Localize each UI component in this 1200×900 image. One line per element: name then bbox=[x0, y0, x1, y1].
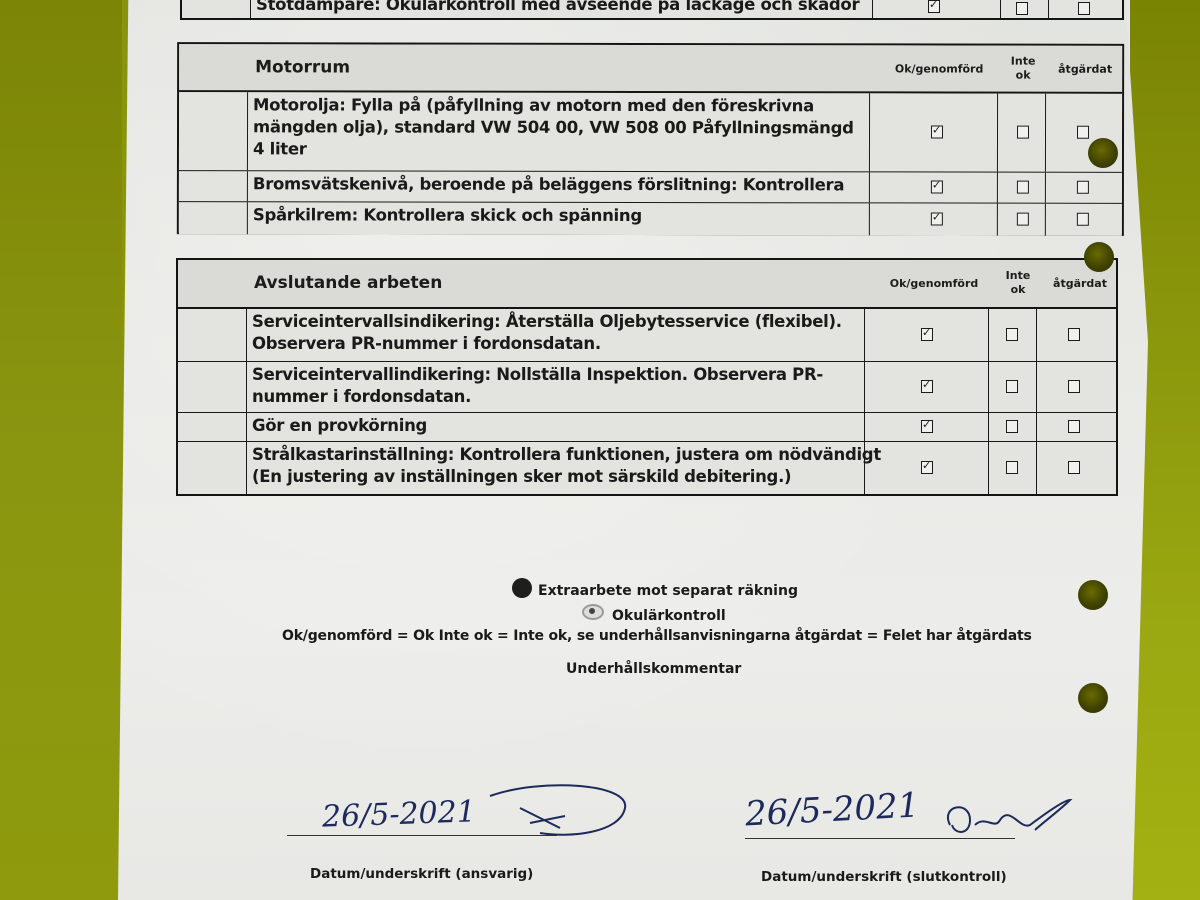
row-text: Gör en provkörning bbox=[252, 415, 427, 437]
table-row: Stötdämpare: Okulärkontroll med avseende… bbox=[182, 0, 1122, 18]
table-row: Spårkilrem: Kontrollera skick och spänni… bbox=[179, 201, 1122, 236]
table-row: Motorolja: Fylla på (påfyllning av motor… bbox=[179, 92, 1122, 172]
ok-checkbox[interactable] bbox=[921, 461, 933, 474]
table-row: Bromsvätskenivå, beroende på beläggens f… bbox=[179, 170, 1122, 203]
inte-ok-checkbox[interactable] bbox=[1017, 181, 1029, 194]
inte-ok-checkbox[interactable] bbox=[1016, 2, 1028, 15]
row-text: Strålkastarinställning: Kontrollera funk… bbox=[252, 444, 881, 488]
section-avslutande-arbeten: Avslutande arbeten Ok/genomförd Inteok å… bbox=[176, 258, 1118, 496]
binder-hole bbox=[1078, 683, 1108, 713]
atgardat-checkbox[interactable] bbox=[1068, 420, 1080, 433]
atgardat-checkbox[interactable] bbox=[1077, 213, 1089, 226]
legend-key: Ok/genomförd = Ok Inte ok = Inte ok, se … bbox=[282, 628, 1032, 644]
section-header: Motorrum Ok/genomförd Inteok åtgärdat bbox=[179, 44, 1122, 94]
section-motorrum: Motorrum Ok/genomförd Inteok åtgärdat Mo… bbox=[177, 42, 1124, 236]
signature-label-responsible: Datum/underskrift (ansvarig) bbox=[310, 866, 533, 882]
row-text: Bromsvätskenivå, beroende på beläggens f… bbox=[253, 173, 844, 196]
section-title: Avslutande arbeten bbox=[254, 273, 442, 293]
atgardat-checkbox[interactable] bbox=[1068, 380, 1080, 393]
col-inte-ok-header: Inteok bbox=[994, 269, 1042, 297]
atgardat-checkbox[interactable] bbox=[1078, 2, 1090, 15]
row-text: Serviceintervallindikering: Nollställa I… bbox=[252, 364, 823, 408]
col-atgardat-header: åtgärdat bbox=[1042, 277, 1118, 291]
table-row: Gör en provkörning bbox=[178, 412, 1116, 441]
row-text: Motorolja: Fylla på (påfyllning av motor… bbox=[253, 94, 854, 161]
col-ok-header: Ok/genomförd bbox=[879, 62, 999, 76]
atgardat-checkbox[interactable] bbox=[1068, 461, 1080, 474]
ok-checkbox[interactable] bbox=[928, 0, 940, 13]
atgardat-checkbox[interactable] bbox=[1068, 328, 1080, 341]
inte-ok-checkbox[interactable] bbox=[1006, 380, 1018, 393]
table-row: Serviceintervallsindikering: Återställa … bbox=[178, 309, 1116, 361]
signature-line-final-check bbox=[745, 838, 1015, 839]
col-inte-ok-header: Inteok bbox=[999, 55, 1047, 83]
binder-hole bbox=[1078, 580, 1108, 610]
section-title: Motorrum bbox=[255, 57, 350, 77]
filled-dot-icon bbox=[512, 578, 532, 598]
ok-checkbox[interactable] bbox=[931, 212, 943, 225]
comment-heading: Underhållskommentar bbox=[566, 661, 741, 677]
row-text: Serviceintervallsindikering: Återställa … bbox=[252, 311, 842, 355]
inte-ok-checkbox[interactable] bbox=[1006, 461, 1018, 474]
inte-ok-checkbox[interactable] bbox=[1006, 420, 1018, 433]
ok-checkbox[interactable] bbox=[931, 125, 943, 138]
atgardat-checkbox[interactable] bbox=[1077, 181, 1089, 194]
ok-checkbox[interactable] bbox=[921, 420, 933, 433]
binder-hole bbox=[1084, 242, 1114, 272]
legend-visual: Okulärkontroll bbox=[582, 604, 726, 624]
ok-checkbox[interactable] bbox=[931, 180, 943, 193]
section-header: Avslutande arbeten Ok/genomförd Inteok å… bbox=[178, 260, 1116, 309]
col-ok-header: Ok/genomförd bbox=[874, 277, 994, 291]
signature-scribble bbox=[480, 778, 640, 848]
inte-ok-checkbox[interactable] bbox=[1017, 213, 1029, 226]
row-text: Stötdämpare: Okulärkontroll med avseende… bbox=[256, 0, 859, 16]
signature-label-final-check: Datum/underskrift (slutkontroll) bbox=[761, 869, 1007, 885]
eye-icon bbox=[582, 604, 604, 620]
legend-extra: Extraarbete mot separat räkning bbox=[512, 578, 798, 599]
partial-row-table: Stötdämpare: Okulärkontroll med avseende… bbox=[180, 0, 1124, 20]
table-row: Serviceintervallindikering: Nollställa I… bbox=[178, 361, 1116, 412]
col-atgardat-header: åtgärdat bbox=[1047, 63, 1123, 77]
inte-ok-checkbox[interactable] bbox=[1006, 328, 1018, 341]
binder-hole bbox=[1088, 138, 1118, 168]
background-surface-left bbox=[0, 0, 122, 900]
ok-checkbox[interactable] bbox=[921, 380, 933, 393]
row-text: Spårkilrem: Kontrollera skick och spänni… bbox=[253, 204, 642, 227]
signature-line-responsible bbox=[287, 835, 557, 836]
handwritten-date-responsible: 26/5-2021 bbox=[321, 794, 476, 834]
inte-ok-checkbox[interactable] bbox=[1017, 126, 1029, 139]
atgardat-checkbox[interactable] bbox=[1077, 126, 1089, 139]
table-row: Strålkastarinställning: Kontrollera funk… bbox=[178, 441, 1116, 494]
ok-checkbox[interactable] bbox=[921, 328, 933, 341]
